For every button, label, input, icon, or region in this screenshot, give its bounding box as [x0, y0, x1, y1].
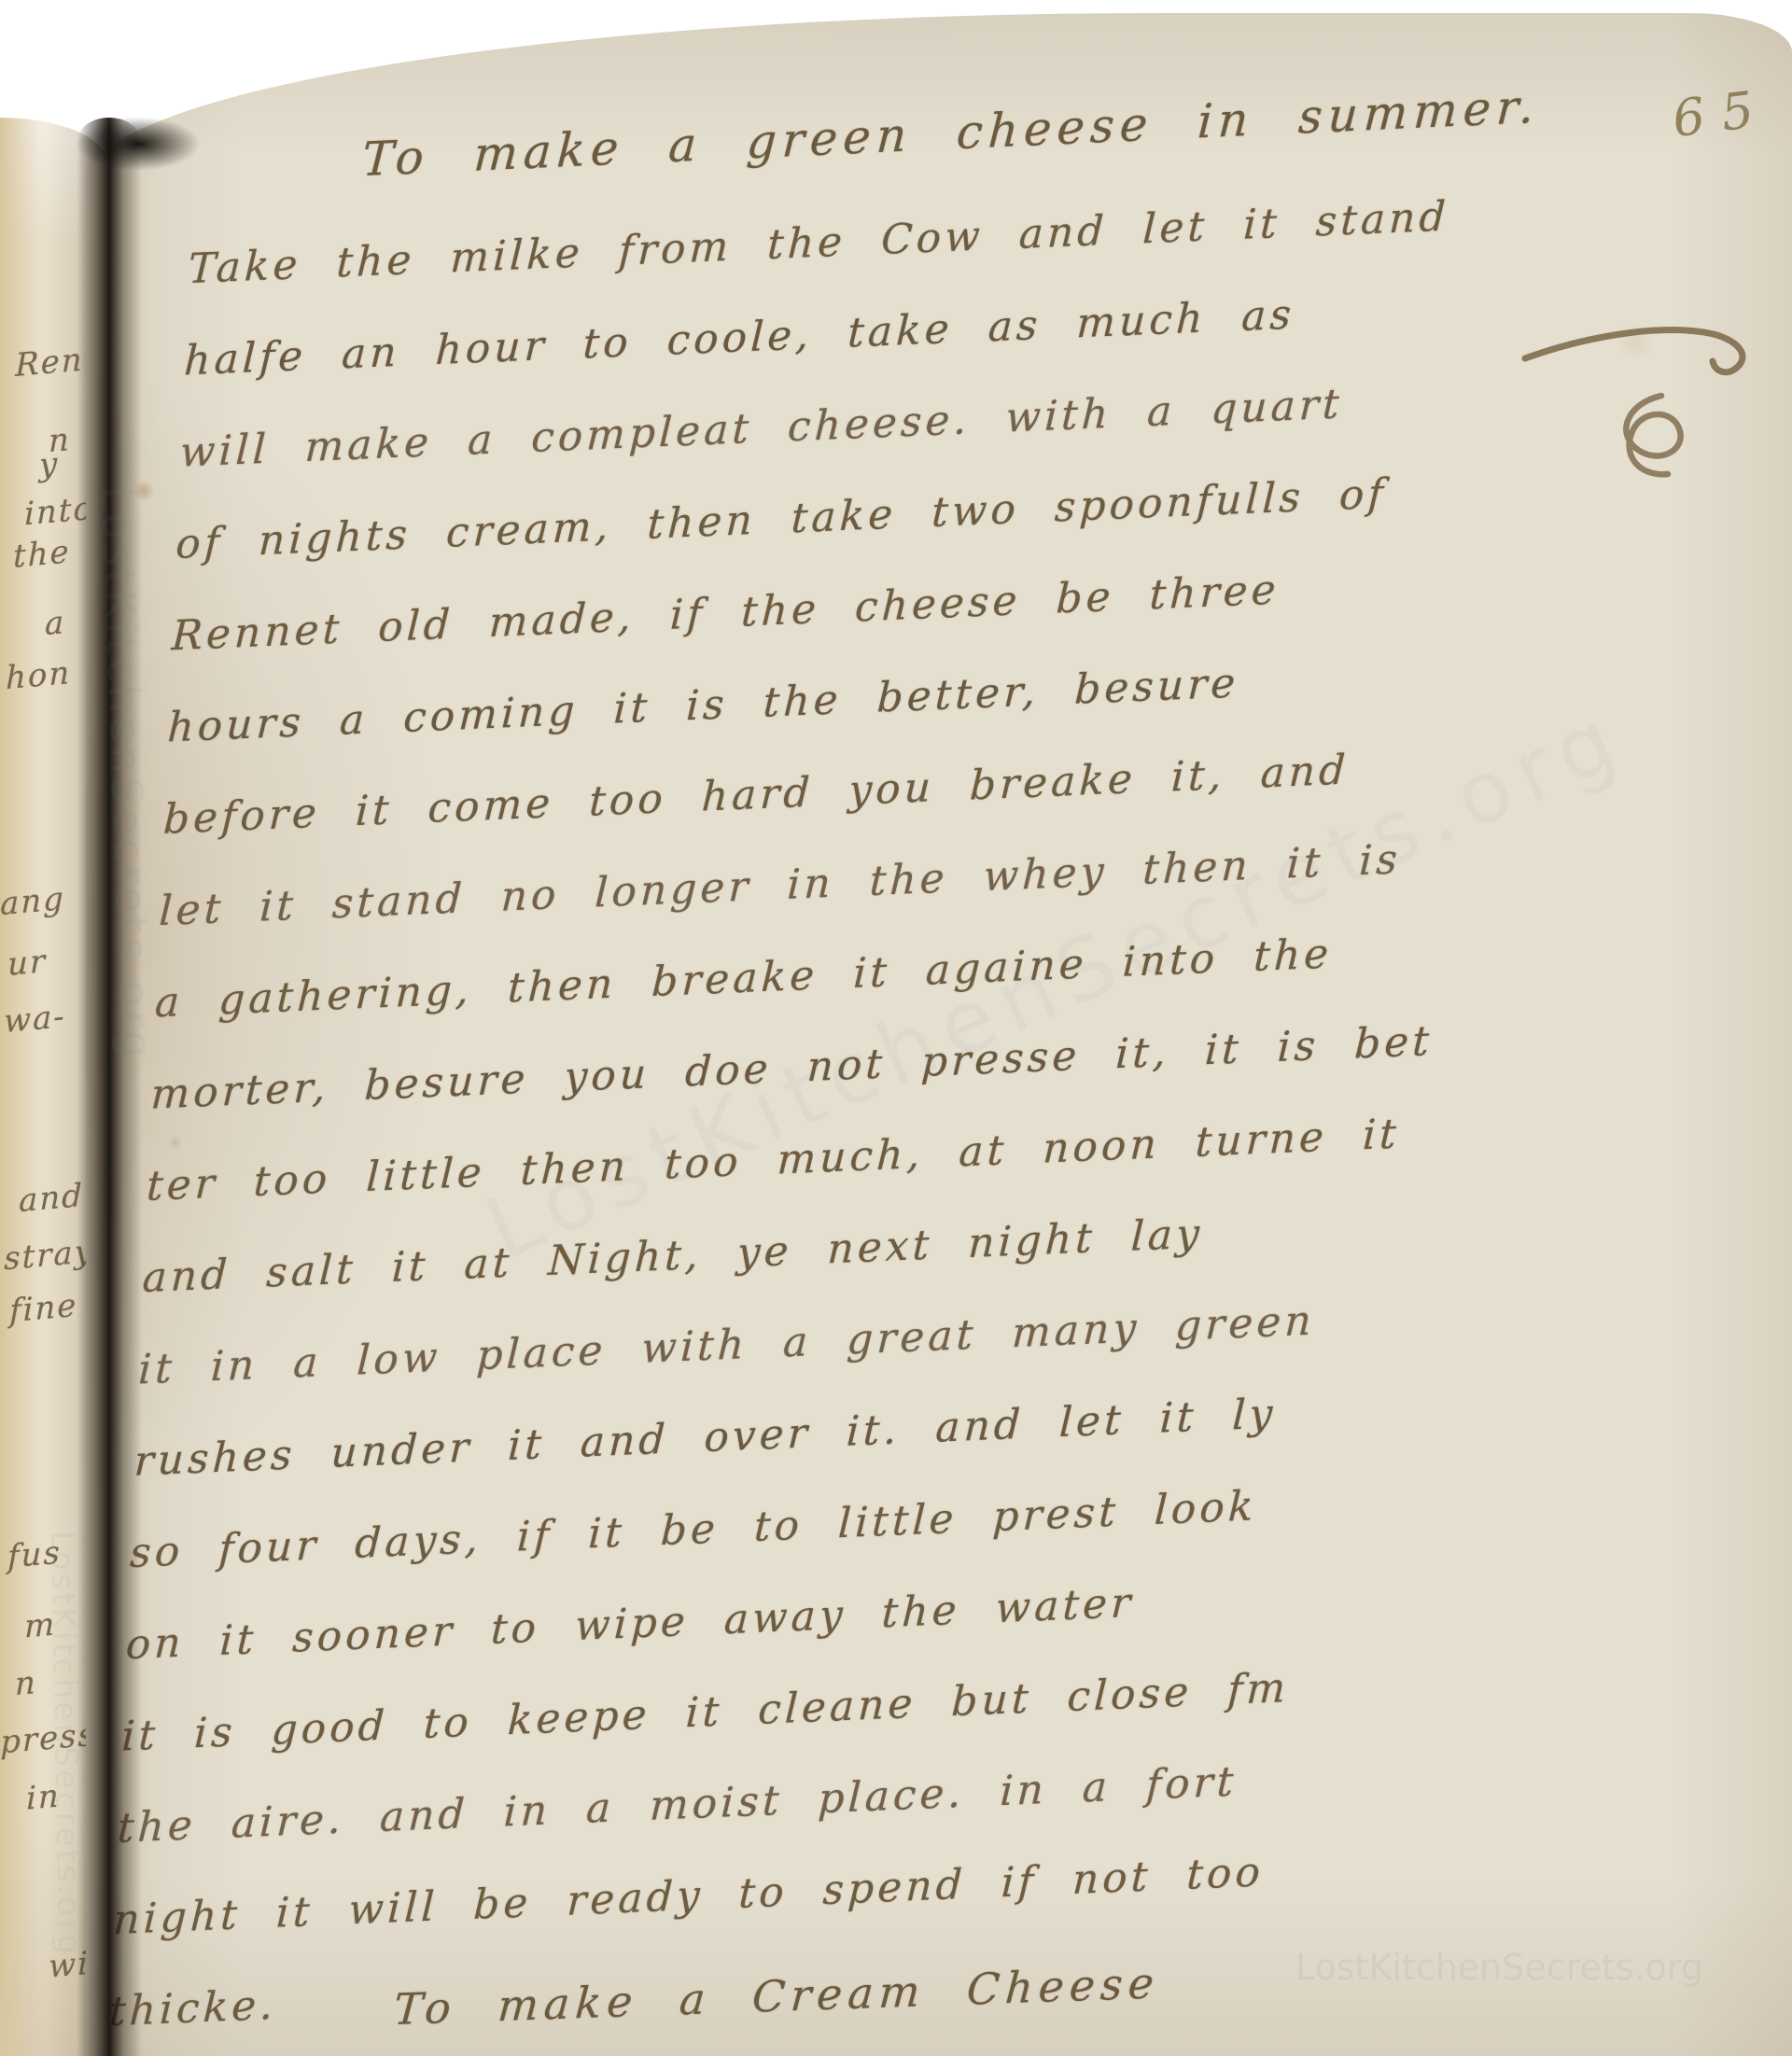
recipe-title: To make a green cheese in summer.	[361, 79, 1542, 187]
manuscript-page: 65 To make a green cheese in summer. Tak…	[86, 13, 1792, 2056]
manuscript-photo: Rennetnyintotheahonangurwa-andstraynfine…	[0, 0, 1792, 2056]
left-page-word-fragment: n	[15, 1664, 37, 1703]
left-page-word-fragment: y	[39, 445, 59, 484]
left-page-word-fragment: ang	[0, 880, 65, 923]
left-page-word-fragment: wa-	[4, 998, 66, 1041]
ink-flourish-mark	[1519, 310, 1771, 497]
left-page-word-fragment: the	[13, 533, 70, 576]
left-page-word-fragment: hon	[6, 654, 71, 697]
page-number: 65	[1670, 78, 1774, 148]
left-page-word-fragment: in	[26, 1777, 61, 1817]
left-page-word-fragment: m	[24, 1605, 56, 1645]
left-page-word-fragment: ur	[7, 943, 47, 984]
left-page-word-fragment: fus	[7, 1533, 62, 1575]
left-page-word-fragment: a	[45, 604, 65, 643]
left-page-word-fragment: and	[19, 1177, 84, 1220]
book-gutter	[77, 118, 142, 2056]
left-page-word-fragment: fine	[9, 1287, 77, 1331]
recipe-body: Take the milke from the Cow and let it s…	[107, 170, 1473, 2056]
book-gutter-shadow-top	[54, 110, 222, 190]
